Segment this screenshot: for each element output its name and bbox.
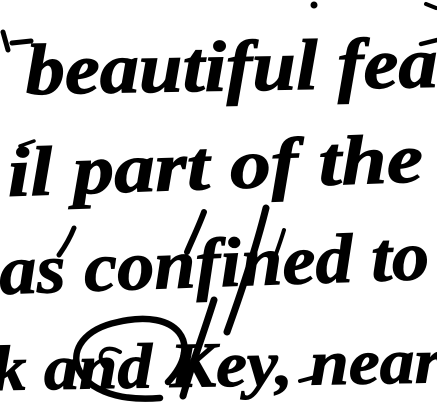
handwriting-line-1: beautiful fea bbox=[25, 23, 437, 110]
ink-dot-top-mark bbox=[311, 2, 318, 9]
manuscript-page: beautiful fea il part of the as confined… bbox=[0, 0, 437, 412]
handwriting-line-2: il part of the bbox=[6, 121, 424, 212]
handwriting-svg: beautiful fea il part of the as confined… bbox=[0, 0, 437, 412]
tick-top-right-mark bbox=[426, 4, 436, 8]
handwriting-line-4: k and Key, near bbox=[0, 325, 437, 404]
handwriting-line-3: as confined to bbox=[0, 218, 430, 310]
